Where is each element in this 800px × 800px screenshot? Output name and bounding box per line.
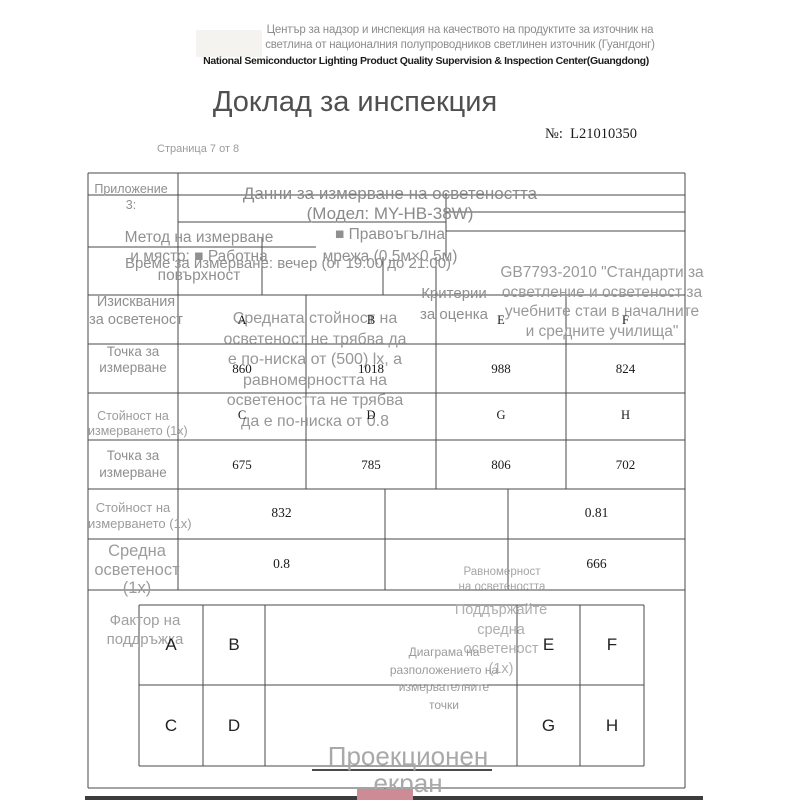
appendix-label: Приложение 3: [88, 181, 174, 213]
measurement-time-note: Време за измерване: вечер (от 19:00 до 2… [108, 255, 468, 272]
measured-value-label-2: Стойност на измерването (1x) [88, 500, 178, 532]
average-label-line3: (1x) [78, 579, 196, 598]
appendix-line2: 3: [88, 197, 174, 213]
diagram-caption-line3: измервателните [374, 679, 514, 697]
point-value-e: 988 [436, 361, 566, 377]
table-title-line2: (Модел: MY-HB-38W) [215, 204, 565, 224]
evaluation-criteria-standard: GB7793-2010 "Стандарти за осветление и о… [490, 263, 714, 341]
measured-value-label-1: Стойност на измерването (1x) [88, 409, 178, 439]
measurement-point-label-2: Точка за измерване [88, 448, 178, 481]
point-header-h: H [566, 408, 685, 423]
report-page: Център за надзор и инспекция на качество… [0, 0, 800, 800]
measured-label2-line1: Стойност на [88, 500, 178, 516]
point-value-b: 1018 [306, 361, 436, 377]
diagram-caption-line4: точки [374, 697, 514, 715]
diagram-caption: Диаграма на разположението на измервател… [374, 644, 514, 714]
point-value-h: 702 [566, 457, 685, 473]
table-title-line1: Данни за измерване на осветеността [215, 184, 565, 204]
point-value-f: 824 [566, 361, 685, 377]
requirement-text-line2: осветеност не трябва да [165, 330, 465, 351]
uniformity-value-2: 666 [508, 556, 685, 572]
average-illuminance-value: 832 [178, 505, 385, 521]
point-label2-line2: измерване [88, 465, 178, 482]
measured-label1-line1: Стойност на [88, 409, 178, 424]
point-value-g: 806 [436, 457, 566, 473]
point-header-b: B [306, 313, 436, 328]
measured-label1-line2: измерването (1x) [88, 424, 178, 439]
diagram-cell-c: C [139, 685, 203, 766]
point-header-f: F [566, 313, 685, 328]
measured-label2-line2: измерването (1x) [88, 516, 178, 532]
point-value-c: 675 [178, 457, 306, 473]
diagram-cell-d: D [203, 685, 265, 766]
appendix-line1: Приложение [88, 181, 174, 197]
diagram-caption-line1: Диаграма на [374, 644, 514, 662]
point-label2-line1: Точка за [88, 448, 178, 465]
point-header-g: G [436, 408, 566, 423]
method-line1: Метод на измерване [100, 228, 298, 247]
point-header-e: E [436, 313, 566, 328]
diagram-cell-f: F [580, 605, 644, 685]
diagram-cell-a: A [139, 605, 203, 685]
point-header-d: D [306, 408, 436, 423]
point-value-d: 785 [306, 457, 436, 473]
red-stamp-fragment [357, 789, 413, 800]
criteria-text-line1: GB7793-2010 "Стандарти за [490, 263, 714, 283]
diagram-cell-h: H [580, 685, 644, 766]
screen-label-line1: Проекционен [268, 743, 548, 770]
diagram-cell-e: E [517, 605, 580, 685]
grid-spec-line1: ■ Правоъгълна [290, 224, 490, 246]
diagram-caption-line2: разположението на [374, 662, 514, 680]
table-title: Данни за измерване на осветеността (Моде… [215, 184, 565, 223]
uniformity-label-line2: на осветеността [440, 580, 564, 595]
point-label1-line1: Точка за [88, 344, 178, 360]
point-header-a: A [178, 313, 306, 328]
point-label1-line2: измерване [88, 360, 178, 376]
uniformity-value: 0.81 [508, 505, 685, 521]
diagram-cell-b: B [203, 605, 265, 685]
measurement-point-label-1: Точка за измерване [88, 344, 178, 376]
point-header-c: C [178, 408, 306, 423]
average-illuminance-value-2: 0.8 [178, 556, 385, 572]
criteria-text-line2: осветление и осветеност за [490, 283, 714, 303]
point-value-a: 860 [178, 361, 306, 377]
